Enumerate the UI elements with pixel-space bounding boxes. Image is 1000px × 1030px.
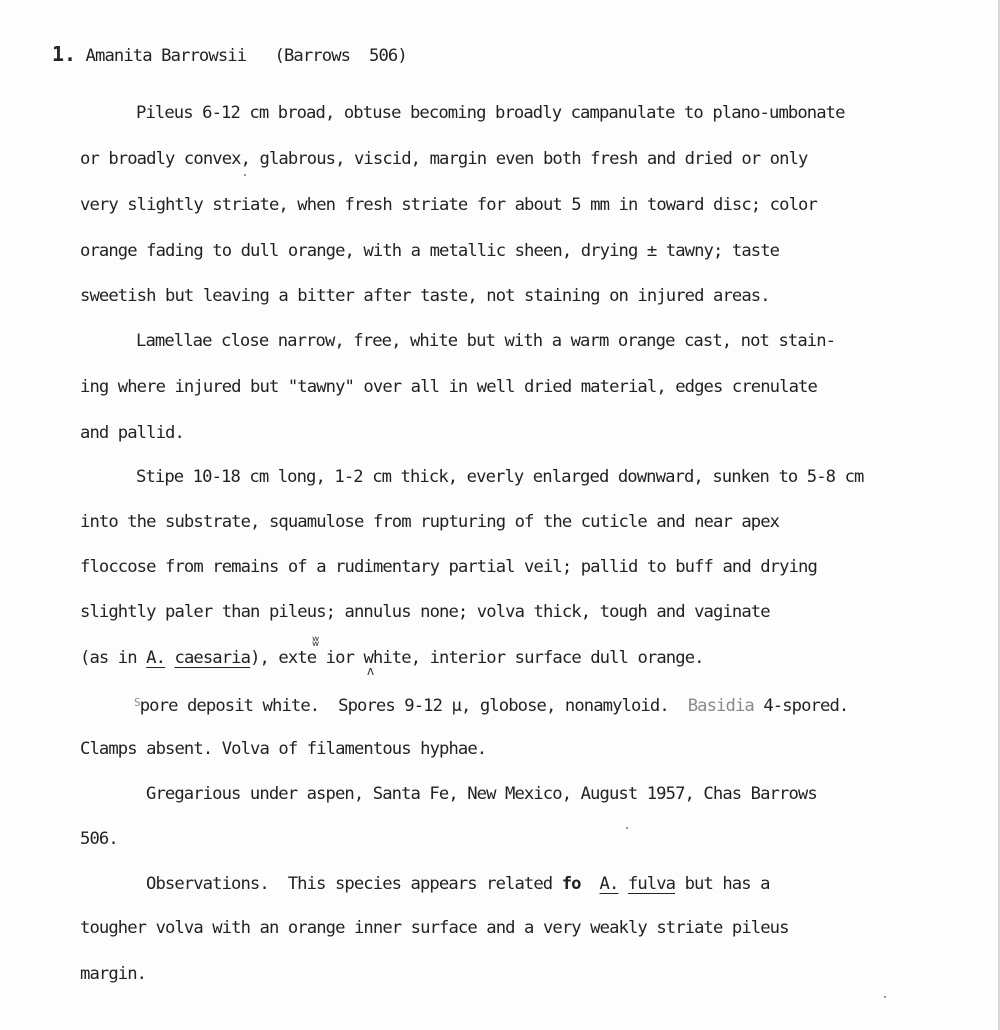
species-caesaria: caesaria — [175, 648, 251, 668]
entry-number: 1. — [52, 42, 76, 66]
speck — [626, 827, 628, 829]
volva-comparison-line: (as in A. caesaria), exte ior white, int… — [80, 648, 704, 668]
lamellae-line-1: Lamellae close narrow, free, white but w… — [136, 331, 835, 351]
spore-line: Spore deposit white. Spores 9-12 µ, glob… — [134, 693, 848, 716]
observations-line-2: tougher volva with an orange inner surfa… — [80, 918, 789, 938]
species-fulva: fulva — [628, 874, 675, 894]
handwritten-correction: ʬ — [312, 634, 319, 650]
pileus-line-2: or broadly convex, glabrous, viscid, mar… — [80, 149, 807, 169]
pileus-line-1: Pileus 6-12 cm broad, obtuse becoming br… — [136, 103, 845, 123]
stipe-line-3: floccose from remains of a rudimentary p… — [80, 557, 817, 577]
pileus-line-4: orange fading to dull orange, with a met… — [80, 241, 779, 261]
speck — [884, 996, 886, 998]
lamellae-line-3: and pallid. — [80, 423, 184, 443]
species-heading: 1. Amanita Barrowsii (Barrows 506) — [52, 44, 407, 66]
speck — [244, 174, 246, 176]
species-name: Amanita Barrowsii — [86, 46, 247, 66]
habitat-line: Gregarious under aspen, Santa Fe, New Me… — [146, 784, 817, 804]
habitat-line-end: 506. — [80, 829, 118, 849]
caret-mark: ʌ — [367, 664, 374, 678]
pileus-line-5: sweetish but leaving a bitter after tast… — [80, 286, 770, 306]
observations-line-1: Observations. This species appears relat… — [146, 874, 770, 894]
stipe-line-2: into the substrate, squamulose from rupt… — [80, 512, 779, 532]
stipe-line-1: Stipe 10-18 cm long, 1-2 cm thick, everl… — [136, 467, 863, 487]
genus-abbrev: A. — [146, 648, 165, 668]
pileus-line-3: very slightly striate, when fresh striat… — [80, 195, 817, 215]
stipe-line-4: slightly paler than pileus; annulus none… — [80, 602, 770, 622]
clamps-line: Clamps absent. Volva of filamentous hyph… — [80, 739, 486, 759]
typewritten-page: 1. Amanita Barrowsii (Barrows 506) Pileu… — [0, 0, 1000, 1030]
collection-number: (Barrows 506) — [275, 46, 407, 66]
lamellae-line-2: ing where injured but "tawny" over all i… — [80, 377, 817, 397]
observations-line-3: margin. — [80, 964, 146, 984]
